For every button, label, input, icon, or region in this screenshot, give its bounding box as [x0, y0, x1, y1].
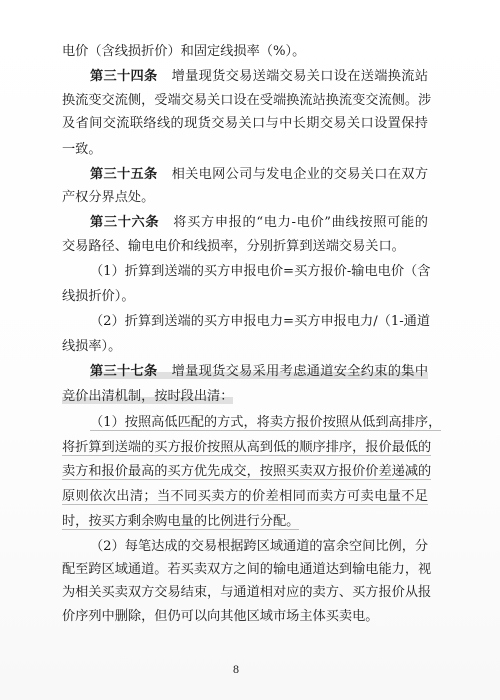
text-line: （2）折算到送端的买方申报电力=买方申报电力/（1-通道 [90, 314, 428, 330]
text-line: 产权分界点处。 [62, 190, 428, 206]
line-text: 竞价出清机制，按时段出清： [62, 389, 233, 404]
text-line: 线损折价）。 [62, 289, 428, 305]
line-text: 线损率）。 [62, 339, 121, 354]
article-heading-line: 第三十四条增量现货交易送端交易关口设在送端换流站 [90, 69, 428, 85]
article-number: 第三十六条 [90, 215, 159, 230]
line-text: 原则依次出清；当不同买卖方的价差相同而卖方可卖电量不足 [62, 489, 428, 504]
line-text: 换流变交流侧，受端交易关口设在受端换流站换流变交流侧。涉 [62, 93, 431, 108]
line-text: （2）每笔达成的交易根据跨区域通道的富余空间比例，分 [90, 539, 428, 554]
line-text: 将买方申报的“电力-电价”曲线按照可能的 [173, 215, 428, 230]
text-line: 电价（含线损折价）和固定线损率（%）。 [62, 44, 428, 60]
text-line: 价序列中删除，但仍可以向其他区域市场主体买卖电。 [62, 609, 428, 625]
text-line: 换流变交流侧，受端交易关口设在受端换流站换流变交流侧。涉 [62, 93, 428, 109]
line-text: 及省间交流联络线的现货交易关口与中长期交易关口设置保持 [62, 116, 428, 131]
text-line: 一致。 [62, 142, 428, 158]
text-line: 竞价出清机制，按时段出清： [62, 389, 428, 405]
line-text: 产权分界点处。 [62, 190, 154, 205]
page-number: 8 [233, 662, 239, 677]
line-text: 增量现货交易采用考虑通道安全约束的集中 [172, 364, 428, 379]
line-text: 一致。 [62, 142, 102, 157]
line-text: （1）折算到送端的买方申报电价=买方报价-输电电价（含 [90, 264, 430, 279]
article-heading-line: 第三十六条将买方申报的“电力-电价”曲线按照可能的 [90, 215, 428, 231]
line-text: 为相关买卖双方交易结束，与通道相对应的卖方、买方报价从报 [62, 585, 431, 600]
line-text: 配至跨区域通道。若买卖双方之间的输电通道达到输电能力，视 [62, 562, 431, 577]
text-line: 线损率）。 [62, 339, 428, 355]
text-line: 交易路径、输电电价和线损率，分别折算到送端交易关口。 [62, 239, 428, 255]
line-text: （2）折算到送端的买方申报电力=买方申报电力/（1-通道 [90, 314, 430, 329]
line-text: 交易路径、输电电价和线损率，分别折算到送端交易关口。 [62, 239, 405, 254]
text-line: （2）每笔达成的交易根据跨区域通道的富余空间比例，分 [90, 539, 428, 555]
text-line: 原则依次出清；当不同买卖方的价差相同而卖方可卖电量不足 [62, 489, 428, 505]
line-text: 卖方和报价最高的买方优先成交，按照买卖双方报价价差递减的 [62, 464, 431, 479]
text-line: 卖方和报价最高的买方优先成交，按照买卖双方报价价差递减的 [62, 464, 428, 480]
article-heading-line: 第三十七条增量现货交易采用考虑通道安全约束的集中 [90, 364, 428, 380]
text-line: 为相关买卖双方交易结束，与通道相对应的卖方、买方报价从报 [62, 585, 428, 601]
text-line: 及省间交流联络线的现货交易关口与中长期交易关口设置保持 [62, 116, 428, 132]
text-line: 配至跨区域通道。若买卖双方之间的输电通道达到输电能力，视 [62, 562, 428, 578]
line-text: 价序列中删除，但仍可以向其他区域市场主体买卖电。 [62, 609, 379, 624]
text-line: 将折算到送端的买方报价按照从高到低的顺序排序，报价最低的 [62, 440, 428, 456]
line-text: 线损折价）。 [62, 289, 135, 304]
line-text: 电价（含线损折价）和固定线损率（%）。 [62, 44, 305, 59]
article-number: 第三十五条 [90, 167, 158, 182]
text-line: 时，按买方剩余购电量的比例进行分配。 [62, 514, 428, 530]
text-line: （1）按照高低匹配的方式，将卖方报价按照从低到高排序， [90, 415, 428, 431]
document-page: 电价（含线损折价）和固定线损率（%）。第三十四条增量现货交易送端交易关口设在送端… [0, 0, 500, 700]
line-text: 增量现货交易送端交易关口设在送端换流站 [172, 69, 428, 84]
line-text: 将折算到送端的买方报价按照从高到低的顺序排序，报价最低的 [62, 440, 431, 455]
article-number: 第三十四条 [90, 69, 158, 84]
line-text: （1）按照高低匹配的方式，将卖方报价按照从低到高排序， [90, 415, 441, 430]
article-number: 第三十七条 [90, 364, 158, 379]
text-line: （1）折算到送端的买方申报电价=买方报价-输电电价（含 [90, 264, 428, 280]
line-text: 相关电网公司与发电企业的交易关口在双方 [172, 167, 428, 182]
line-text: 时，按买方剩余购电量的比例进行分配。 [62, 514, 299, 529]
article-heading-line: 第三十五条相关电网公司与发电企业的交易关口在双方 [90, 167, 428, 183]
